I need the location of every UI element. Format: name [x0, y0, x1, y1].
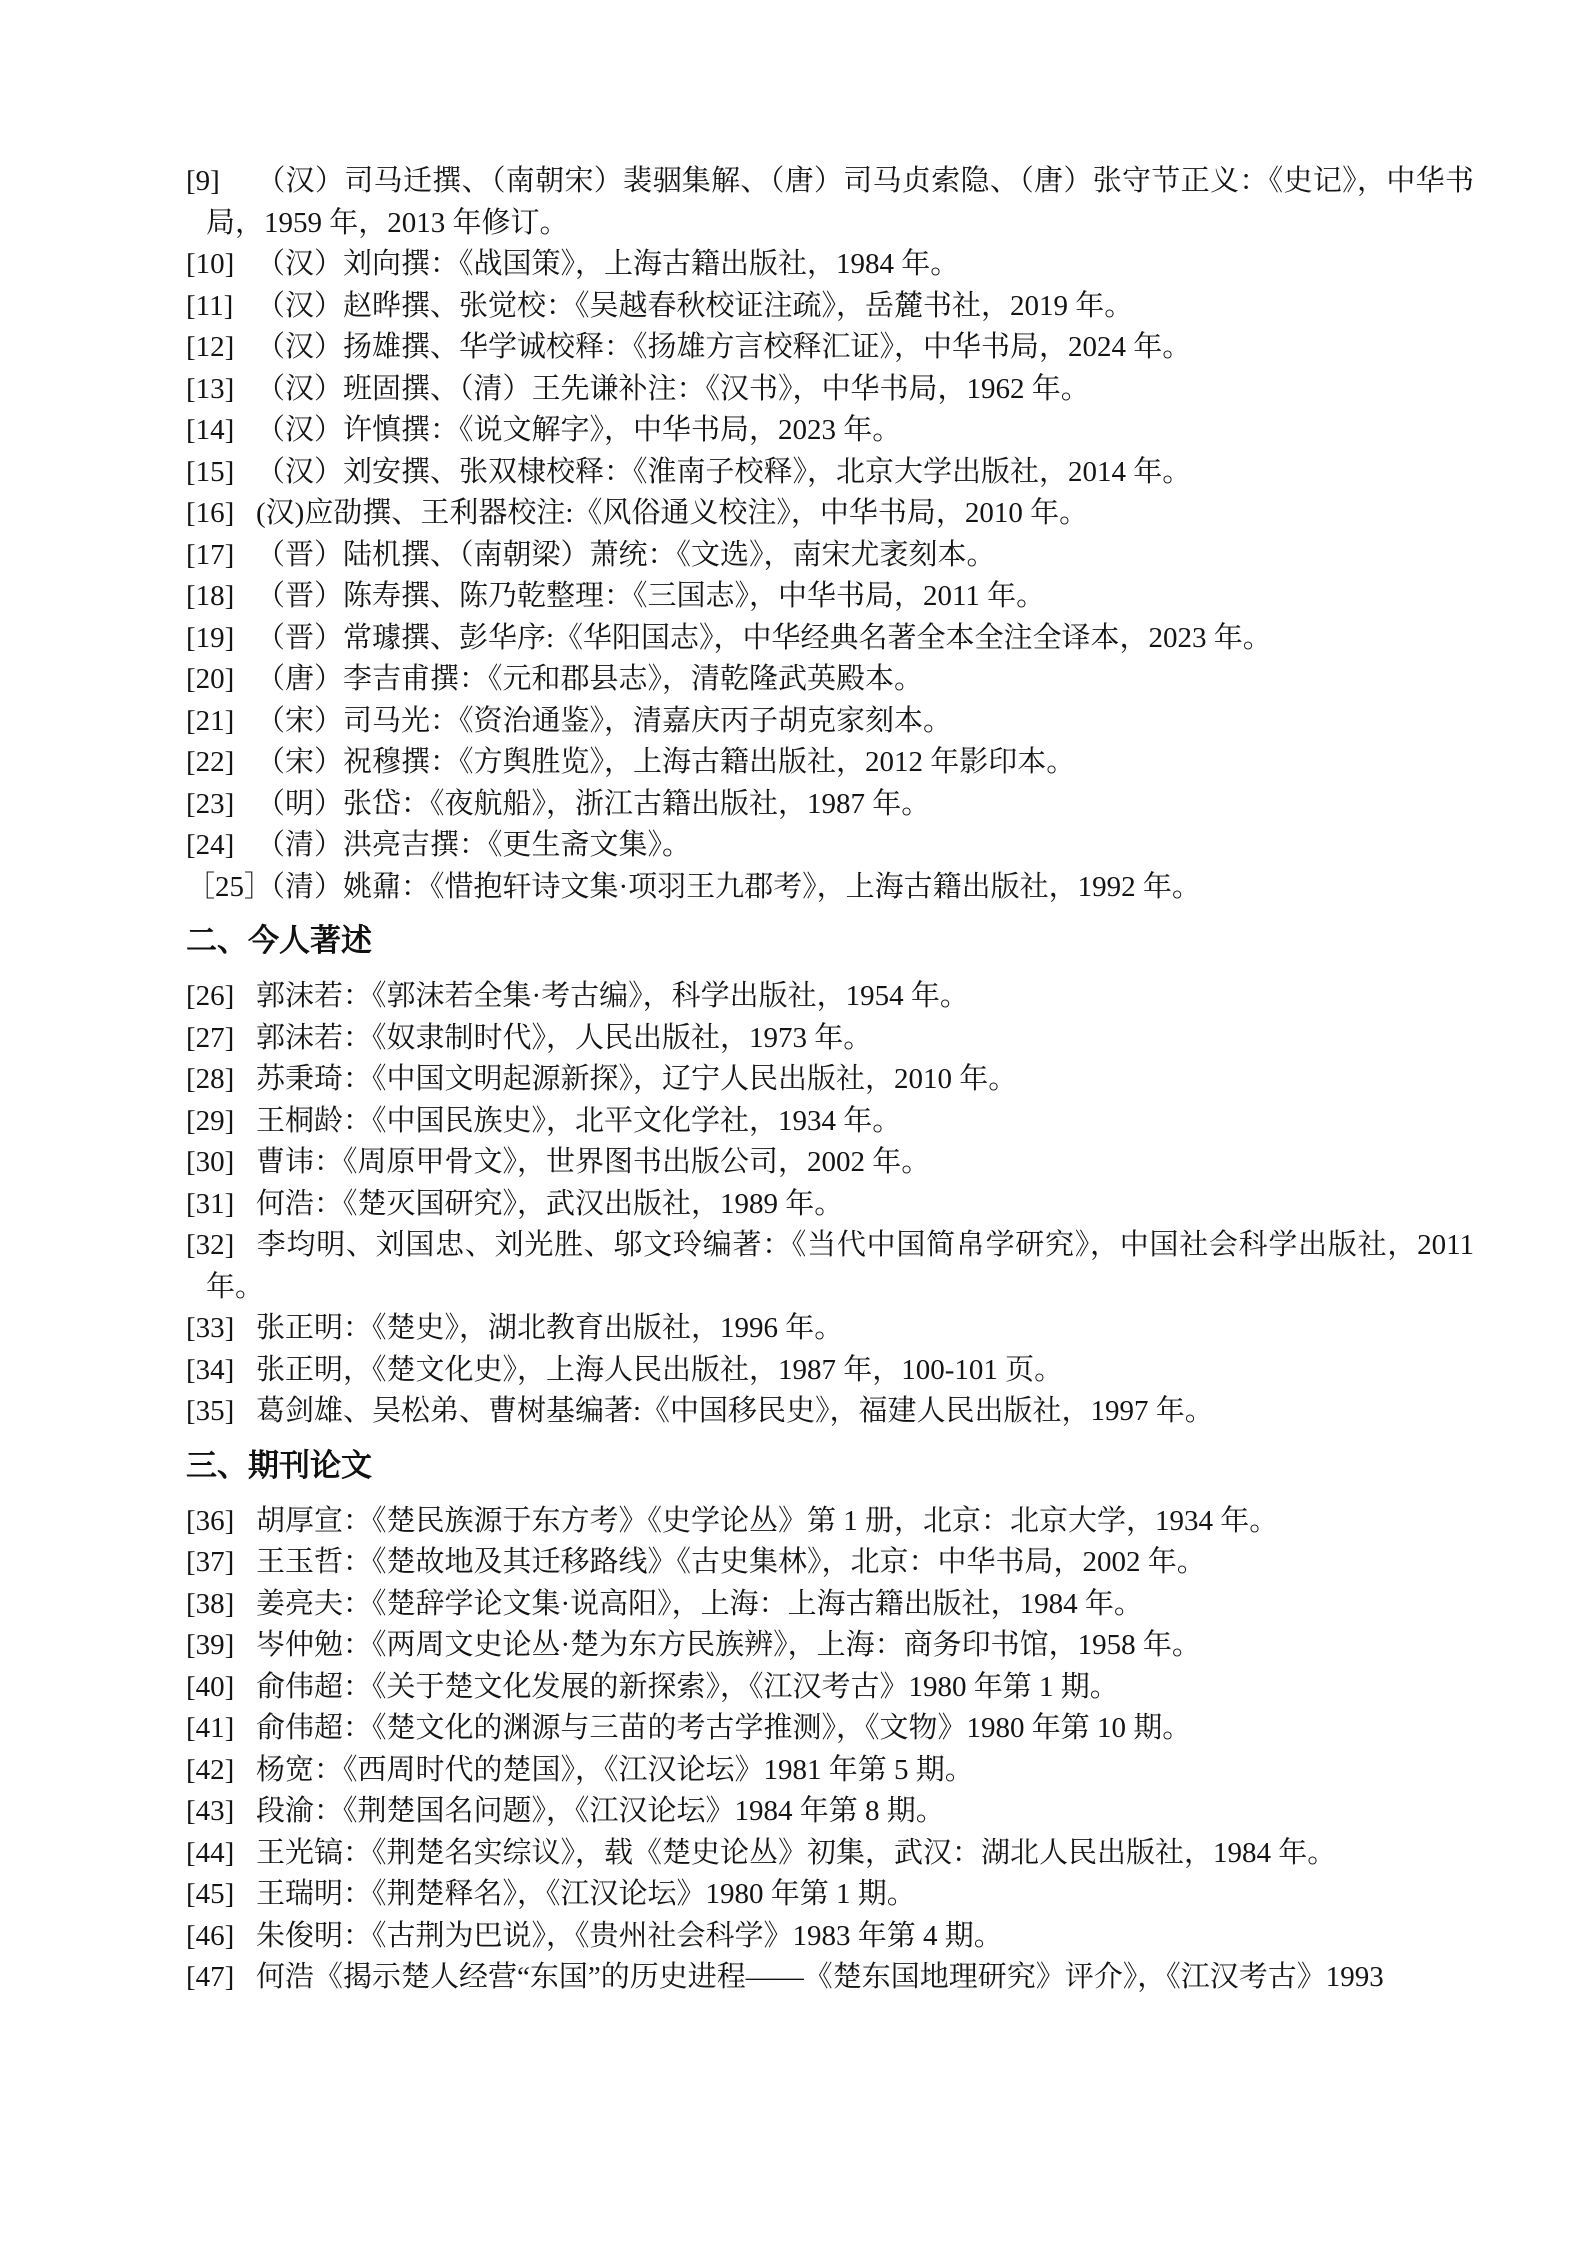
reference-number: [34] — [186, 1350, 256, 1392]
reference-entry: [14]（汉）许慎撰：《说文解字》，中华书局，2023 年。 — [186, 410, 1474, 452]
reference-number: [44] — [186, 1833, 256, 1875]
reference-entry: [11]（汉）赵晔撰、张觉校：《吴越春秋校证注疏》，岳麓书社，2019 年。 — [186, 286, 1474, 328]
reference-entry: [19]（晋）常璩撰、彭华序:《华阳国志》，中华经典名著全本全注全译本，2023… — [186, 618, 1474, 660]
reference-entry: [12]（汉）扬雄撰、华学诚校释：《扬雄方言校释汇证》，中华书局，2024 年。 — [186, 327, 1474, 369]
reference-number: [38] — [186, 1584, 256, 1626]
reference-number: [14] — [186, 410, 256, 452]
reference-number: [12] — [186, 327, 256, 369]
reference-text: 何浩《揭示楚人经营“东国”的历史进程——《楚东国地理研究》评介》，《江汉考古》1… — [256, 1961, 1384, 1993]
reference-number: [16] — [186, 493, 256, 535]
reference-text: （汉）刘向撰：《战国策》，上海古籍出版社，1984 年。 — [256, 248, 959, 280]
reference-entry: [31]何浩：《楚灭国研究》，武汉出版社，1989 年。 — [186, 1184, 1474, 1226]
reference-text: 段渝：《荆楚国名问题》，《江汉论坛》1984 年第 8 期。 — [256, 1795, 945, 1827]
reference-entry: [33]张正明：《楚史》，湖北教育出版社，1996 年。 — [186, 1308, 1474, 1350]
reference-text: 王玉哲：《楚故地及其迁移路线》《古史集林》，北京：中华书局，2002 年。 — [256, 1546, 1206, 1578]
reference-number: [46] — [186, 1916, 256, 1958]
reference-number: [35] — [186, 1391, 256, 1433]
reference-number: [43] — [186, 1791, 256, 1833]
reference-text: 王瑞明：《荆楚释名》，《江汉论坛》1980 年第 1 期。 — [256, 1878, 916, 1910]
reference-text: 郭沫若：《奴隶制时代》，人民出版社，1973 年。 — [256, 1022, 872, 1054]
reference-number: [45] — [186, 1874, 256, 1916]
reference-number: [29] — [186, 1101, 256, 1143]
reference-text: （宋）司马光：《资治通鉴》，清嘉庆丙子胡克家刻本。 — [256, 705, 952, 737]
reference-number: [21] — [186, 701, 256, 743]
reference-list: [26]郭沫若：《郭沫若全集·考古编》，科学出版社，1954 年。 [27]郭沫… — [186, 976, 1474, 1433]
reference-text: 李均明、刘国忠、刘光胜、邬文玲编著：《当代中国简帛学研究》，中国社会科学出版社，… — [206, 1229, 1474, 1303]
reference-number: [42] — [186, 1750, 256, 1792]
reference-entry: [39]岑仲勉：《两周文史论丛·楚为东方民族辨》，上海：商务印书馆，1958 年… — [186, 1625, 1474, 1667]
reference-entry: [44]王光镐：《荆楚名实综议》，载《楚史论丛》初集，武汉：湖北人民出版社，19… — [186, 1833, 1474, 1875]
reference-text: 王光镐：《荆楚名实综议》，载《楚史论丛》初集，武汉：湖北人民出版社，1984 年… — [256, 1837, 1336, 1869]
reference-number: [41] — [186, 1708, 256, 1750]
reference-text: 胡厚宣：《楚民族源于东方考》《史学论丛》第 1 册，北京：北京大学，1934 年… — [256, 1505, 1278, 1537]
reference-text: （汉）班固撰、（清）王先谦补注：《汉书》，中华书局，1962 年。 — [256, 373, 1090, 405]
reference-entry: [17]（晋）陆机撰、（南朝梁）萧统：《文选》，南宋尤袤刻本。 — [186, 535, 1474, 577]
reference-number: [47] — [186, 1957, 256, 1999]
reference-text: （汉）扬雄撰、华学诚校释：《扬雄方言校释汇证》，中华书局，2024 年。 — [256, 331, 1191, 363]
reference-entry: [41]俞伟超：《楚文化的渊源与三苗的考古学推测》，《文物》1980 年第 10… — [186, 1708, 1474, 1750]
reference-number: [26] — [186, 976, 256, 1018]
reference-entry: [15]（汉）刘安撰、张双棣校释：《淮南子校释》，北京大学出版社，2014 年。 — [186, 452, 1474, 494]
reference-text: 王桐龄：《中国民族史》，北平文化学社，1934 年。 — [256, 1105, 901, 1137]
bibliography-section: [9]（汉）司马迁撰、（南朝宋）裴骃集解、（唐）司马贞索隐、（唐）张守节正义：《… — [186, 161, 1474, 908]
reference-number: [13] — [186, 369, 256, 411]
reference-text: (汉)应劭撰、王利器校注:《风俗通义校注》，中华书局，2010 年。 — [256, 497, 1088, 529]
reference-entry: [32]李均明、刘国忠、刘光胜、邬文玲编著：《当代中国简帛学研究》，中国社会科学… — [186, 1225, 1474, 1308]
reference-number: [17] — [186, 535, 256, 577]
reference-number: [30] — [186, 1142, 256, 1184]
reference-entry: [45]王瑞明：《荆楚释名》，《江汉论坛》1980 年第 1 期。 — [186, 1874, 1474, 1916]
section-heading: 二、今人著述 — [186, 918, 1474, 964]
reference-entry: [23]（明）张岱：《夜航船》，浙江古籍出版社，1987 年。 — [186, 784, 1474, 826]
reference-text: （汉）许慎撰：《说文解字》，中华书局，2023 年。 — [256, 414, 901, 446]
reference-number: [15] — [186, 452, 256, 494]
reference-number: ［25］ — [186, 867, 256, 909]
reference-text: （汉）司马迁撰、（南朝宋）裴骃集解、（唐）司马贞索隐、（唐）张守节正义：《史记》… — [206, 165, 1474, 239]
reference-entry: [28]苏秉琦：《中国文明起源新探》，辽宁人民出版社，2010 年。 — [186, 1059, 1474, 1101]
reference-entry: [34]张正明，《楚文化史》，上海人民出版社，1987 年，100-101 页。 — [186, 1350, 1474, 1392]
reference-entry: ［25］（清）姚鼐：《惜抱轩诗文集·项羽王九郡考》，上海古籍出版社，1992 年… — [186, 867, 1474, 909]
reference-entry: [16](汉)应劭撰、王利器校注:《风俗通义校注》，中华书局，2010 年。 — [186, 493, 1474, 535]
reference-number: [40] — [186, 1667, 256, 1709]
reference-entry: [22]（宋）祝穆撰：《方舆胜览》，上海古籍出版社，2012 年影印本。 — [186, 742, 1474, 784]
reference-number: [9] — [186, 161, 256, 203]
reference-number: [27] — [186, 1018, 256, 1060]
document-page: [9]（汉）司马迁撰、（南朝宋）裴骃集解、（唐）司马贞索隐、（唐）张守节正义：《… — [0, 0, 1586, 2245]
reference-text: （宋）祝穆撰：《方舆胜览》，上海古籍出版社，2012 年影印本。 — [256, 746, 1075, 778]
reference-text: 张正明：《楚史》，湖北教育出版社，1996 年。 — [256, 1312, 843, 1344]
reference-entry: [21]（宋）司马光：《资治通鉴》，清嘉庆丙子胡克家刻本。 — [186, 701, 1474, 743]
reference-entry: [36]胡厚宣：《楚民族源于东方考》《史学论丛》第 1 册，北京：北京大学，19… — [186, 1501, 1474, 1543]
reference-number: [11] — [186, 286, 256, 328]
reference-number: [20] — [186, 659, 256, 701]
reference-entry: [42]杨宽：《西周时代的楚国》，《江汉论坛》1981 年第 5 期。 — [186, 1750, 1474, 1792]
reference-entry: [30]曹讳：《周原甲骨文》，世界图书出版公司，2002 年。 — [186, 1142, 1474, 1184]
reference-text: 俞伟超：《关于楚文化发展的新探索》，《江汉考古》1980 年第 1 期。 — [256, 1671, 1119, 1703]
reference-entry: [27]郭沫若：《奴隶制时代》，人民出版社，1973 年。 — [186, 1018, 1474, 1060]
reference-text: 苏秉琦：《中国文明起源新探》，辽宁人民出版社，2010 年。 — [256, 1063, 1017, 1095]
reference-entry: [18]（晋）陈寿撰、陈乃乾整理：《三国志》，中华书局，2011 年。 — [186, 576, 1474, 618]
reference-number: [24] — [186, 825, 256, 867]
section-heading: 三、期刊论文 — [186, 1443, 1474, 1489]
reference-text: （晋）常璩撰、彭华序:《华阳国志》，中华经典名著全本全注全译本，2023 年。 — [256, 622, 1272, 654]
reference-text: （汉）刘安撰、张双棣校释：《淮南子校释》，北京大学出版社，2014 年。 — [256, 456, 1191, 488]
reference-text: 何浩：《楚灭国研究》，武汉出版社，1989 年。 — [256, 1188, 843, 1220]
reference-text: （汉）赵晔撰、张觉校：《吴越春秋校证注疏》，岳麓书社，2019 年。 — [256, 290, 1133, 322]
reference-number: [32] — [186, 1225, 256, 1267]
reference-number: [33] — [186, 1308, 256, 1350]
reference-number: [22] — [186, 742, 256, 784]
reference-number: [23] — [186, 784, 256, 826]
bibliography-section: 三、期刊论文 [36]胡厚宣：《楚民族源于东方考》《史学论丛》第 1 册，北京：… — [186, 1443, 1474, 1999]
bibliography-content: [9]（汉）司马迁撰、（南朝宋）裴骃集解、（唐）司马贞索隐、（唐）张守节正义：《… — [186, 161, 1474, 1999]
reference-text: （明）张岱：《夜航船》，浙江古籍出版社，1987 年。 — [256, 788, 930, 820]
reference-text: 杨宽：《西周时代的楚国》，《江汉论坛》1981 年第 5 期。 — [256, 1754, 974, 1786]
reference-text: （晋）陈寿撰、陈乃乾整理：《三国志》，中华书局，2011 年。 — [256, 580, 1045, 612]
reference-entry: [40]俞伟超：《关于楚文化发展的新探索》，《江汉考古》1980 年第 1 期。 — [186, 1667, 1474, 1709]
reference-list: [36]胡厚宣：《楚民族源于东方考》《史学论丛》第 1 册，北京：北京大学，19… — [186, 1501, 1474, 1999]
reference-text: 葛剑雄、吴松弟、曹树基编著:《中国移民史》，福建人民出版社，1997 年。 — [256, 1395, 1214, 1427]
bibliography-section: 二、今人著述 [26]郭沫若：《郭沫若全集·考古编》，科学出版社，1954 年。… — [186, 918, 1474, 1433]
reference-entry: [38]姜亮夫：《楚辞学论文集·说高阳》，上海：上海古籍出版社，1984 年。 — [186, 1584, 1474, 1626]
reference-entry: [35]葛剑雄、吴松弟、曹树基编著:《中国移民史》，福建人民出版社，1997 年… — [186, 1391, 1474, 1433]
reference-entry: [24]（清）洪亮吉撰：《更生斋文集》。 — [186, 825, 1474, 867]
reference-text: 俞伟超：《楚文化的渊源与三苗的考古学推测》，《文物》1980 年第 10 期。 — [256, 1712, 1191, 1744]
reference-number: [39] — [186, 1625, 256, 1667]
reference-text: 姜亮夫：《楚辞学论文集·说高阳》，上海：上海古籍出版社，1984 年。 — [256, 1588, 1143, 1620]
reference-number: [37] — [186, 1542, 256, 1584]
reference-entry: [9]（汉）司马迁撰、（南朝宋）裴骃集解、（唐）司马贞索隐、（唐）张守节正义：《… — [186, 161, 1474, 244]
reference-entry: [10]（汉）刘向撰：《战国策》，上海古籍出版社，1984 年。 — [186, 244, 1474, 286]
reference-number: [31] — [186, 1184, 256, 1226]
reference-text: （唐）李吉甫撰：《元和郡县志》，清乾隆武英殿本。 — [256, 663, 923, 695]
reference-text: 岑仲勉：《两周文史论丛·楚为东方民族辨》，上海：商务印书馆，1958 年。 — [256, 1629, 1201, 1661]
reference-text: 曹讳：《周原甲骨文》，世界图书出版公司，2002 年。 — [256, 1146, 930, 1178]
reference-number: [18] — [186, 576, 256, 618]
reference-list: [9]（汉）司马迁撰、（南朝宋）裴骃集解、（唐）司马贞索隐、（唐）张守节正义：《… — [186, 161, 1474, 908]
reference-number: [19] — [186, 618, 256, 660]
reference-number: [10] — [186, 244, 256, 286]
reference-text: （晋）陆机撰、（南朝梁）萧统：《文选》，南宋尤袤刻本。 — [256, 539, 996, 571]
reference-text: 张正明，《楚文化史》，上海人民出版社，1987 年，100-101 页。 — [256, 1354, 1063, 1386]
reference-entry: [29]王桐龄：《中国民族史》，北平文化学社，1934 年。 — [186, 1101, 1474, 1143]
reference-text: 朱俊明：《古荆为巴说》，《贵州社会科学》1983 年第 4 期。 — [256, 1920, 1003, 1952]
reference-entry: [47]何浩《揭示楚人经营“东国”的历史进程——《楚东国地理研究》评介》，《江汉… — [186, 1957, 1474, 1999]
reference-number: [36] — [186, 1501, 256, 1543]
reference-entry: [43]段渝：《荆楚国名问题》，《江汉论坛》1984 年第 8 期。 — [186, 1791, 1474, 1833]
reference-entry: [37]王玉哲：《楚故地及其迁移路线》《古史集林》，北京：中华书局，2002 年… — [186, 1542, 1474, 1584]
reference-entry: [46]朱俊明：《古荆为巴说》，《贵州社会科学》1983 年第 4 期。 — [186, 1916, 1474, 1958]
reference-entry: [13]（汉）班固撰、（清）王先谦补注：《汉书》，中华书局，1962 年。 — [186, 369, 1474, 411]
reference-text: （清）姚鼐：《惜抱轩诗文集·项羽王九郡考》，上海古籍出版社，1992 年。 — [256, 871, 1201, 903]
reference-text: 郭沫若：《郭沫若全集·考古编》，科学出版社，1954 年。 — [256, 980, 969, 1012]
reference-number: [28] — [186, 1059, 256, 1101]
reference-text: （清）洪亮吉撰：《更生斋文集》。 — [256, 829, 691, 861]
reference-entry: [20]（唐）李吉甫撰：《元和郡县志》，清乾隆武英殿本。 — [186, 659, 1474, 701]
reference-entry: [26]郭沫若：《郭沫若全集·考古编》，科学出版社，1954 年。 — [186, 976, 1474, 1018]
